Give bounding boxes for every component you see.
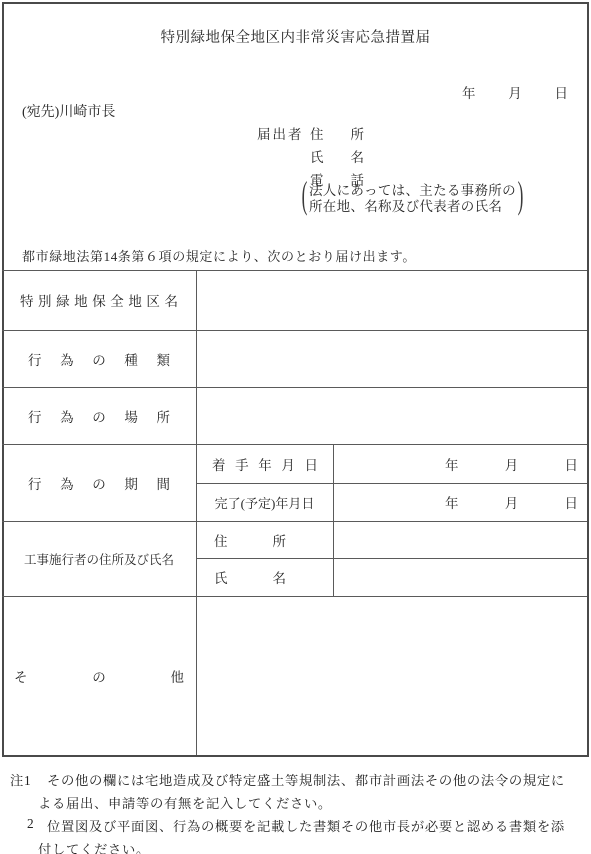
period-start-day: 日: [565, 454, 579, 474]
period-start-date-cell: 年 月 日: [445, 444, 578, 483]
contractor-name-char2: 名: [273, 567, 287, 587]
header-date-line: 年 月 日: [462, 82, 568, 102]
applicant-label: 届出者: [257, 123, 304, 143]
applicant-name-label: 氏 名: [310, 146, 364, 166]
corporate-note-lines: 法人にあっては、主たる事務所の 所在地、名称及び代表者の氏名: [309, 183, 516, 214]
corporate-note-line1: 法人にあっては、主たる事務所の: [309, 183, 516, 199]
row-act-place-value-cell: [197, 387, 587, 444]
row-act-place-label-cell: 行為の場所: [28, 387, 170, 444]
row-district-label: 特別緑地保全地区名: [20, 290, 178, 310]
period-end-label: 完了(予定)年月日: [196, 493, 333, 512]
row-district-value-cell: [197, 270, 587, 330]
applicant-name-char2: 名: [351, 146, 365, 166]
contractor-address-value-cell: [334, 521, 587, 558]
contractor-address-char1: 住: [214, 530, 228, 550]
form-title: 特別緑地保全地区内非常災害応急措置届: [0, 26, 591, 47]
contractor-address-label-cell: 住 所: [214, 521, 286, 558]
contractor-address-char2: 所: [273, 530, 287, 550]
corporate-note: ( 法人にあっては、主たる事務所の 所在地、名称及び代表者の氏名 ): [300, 183, 525, 214]
note1-line1: その他の欄には宅地造成及び特定盛土等規制法、都市計画法その他の法令の規定に: [47, 770, 565, 789]
row-act-type-label-cell: 行為の種類: [28, 330, 170, 387]
note2-line2: 付してください。: [38, 839, 150, 854]
row-other-label: その他: [14, 666, 184, 686]
header-date-year: 年: [462, 82, 476, 102]
corporate-note-close-paren: ): [518, 177, 524, 220]
contractor-name-char1: 氏: [214, 567, 228, 587]
contractor-name-value-cell: [334, 558, 587, 596]
period-start-label-cell: 着手年月日: [212, 444, 318, 483]
note1-line2: よる届出、申請等の有無を記入してください。: [38, 793, 332, 812]
statement: 都市緑地法第14条第６項の規定により、次のとおり届け出ます。: [22, 246, 416, 265]
period-start-month: 月: [505, 454, 519, 474]
applicant-address-char1: 住: [310, 123, 324, 143]
period-end-date-cell: 年 月 日: [445, 483, 578, 521]
period-start-label: 着手年月日: [212, 454, 318, 474]
corporate-note-line2: 所在地、名称及び代表者の氏名: [309, 199, 516, 215]
row-act-place-label: 行為の場所: [28, 406, 170, 426]
row-act-period-label-cell: 行為の期間: [28, 444, 170, 521]
applicant-address-label: 住 所: [310, 123, 364, 143]
period-start-year: 年: [445, 454, 459, 474]
period-end-month: 月: [505, 492, 519, 512]
period-end-day: 日: [565, 492, 579, 512]
row-contractor-label: 工事施行者の住所及び氏名: [2, 550, 196, 568]
addressee: (宛先)川崎市長: [22, 101, 115, 121]
form-page: 特別緑地保全地区内非常災害応急措置届 年 月 日 (宛先)川崎市長 届出者 住 …: [0, 0, 591, 854]
row-act-type-value-cell: [197, 330, 587, 387]
row-other-label-cell: その他: [14, 596, 184, 755]
period-end-label-cell: 完了(予定)年月日: [196, 483, 333, 521]
header-date-month: 月: [508, 82, 522, 102]
row-contractor-label-cell: 工事施行者の住所及び氏名: [2, 521, 196, 596]
note1-label: 注1: [10, 770, 31, 789]
row-other-value-cell: [197, 596, 587, 755]
header-date-day: 日: [555, 82, 569, 102]
note2-line1: 位置図及び平面図、行為の概要を記載した書類その他市長が必要と認める書類を添: [47, 816, 565, 835]
corporate-note-open-paren: (: [302, 177, 308, 220]
note2-label: 2: [27, 816, 34, 832]
contractor-name-label-cell: 氏 名: [214, 558, 286, 596]
row-act-type-label: 行為の種類: [28, 349, 170, 369]
row-act-period-label: 行為の期間: [28, 473, 170, 493]
applicant-name-char1: 氏: [310, 146, 324, 166]
applicant-address-char2: 所: [351, 123, 365, 143]
period-end-year: 年: [445, 492, 459, 512]
row-district-label-cell: 特別緑地保全地区名: [20, 270, 178, 330]
